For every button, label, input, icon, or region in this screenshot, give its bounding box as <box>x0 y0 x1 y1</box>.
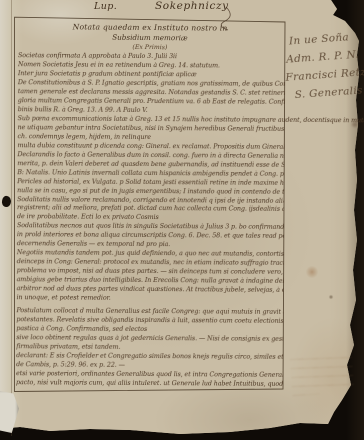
margin-note: Adm. R. P. N. <box>286 48 363 65</box>
manuscript-line: in unoque, et potest remedior. <box>16 294 283 305</box>
title-block: Notata quaedam ex Instituto nostro in Su… <box>17 22 283 52</box>
scanned-manuscript-page: Lup. Sokephniczy Notata quaedam ex Insti… <box>0 0 364 440</box>
title-line-2: Subsidium memoriæ <box>17 32 283 43</box>
header-annotation-left: Lup. <box>94 1 117 12</box>
manuscript-body: Societas confirmata A approbata à Paulo … <box>16 52 285 389</box>
margin-note: S. Generalis <box>294 84 364 101</box>
header-annotation-right: Sokephniczy <box>155 0 229 12</box>
manuscript-line: Sub pœna excommunicationis latæ à Greg. … <box>18 115 285 126</box>
margin-notes: In ue Soña Adm. R. P. N. Francisci Retz … <box>285 30 364 107</box>
margin-note: Francisci Retz <box>285 66 364 83</box>
manuscript-line: pacto, nisi vult majoris cum, qui aliis … <box>16 379 283 390</box>
